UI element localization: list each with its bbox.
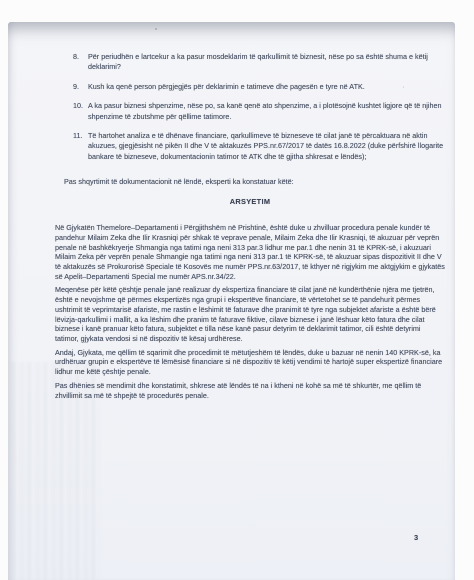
intro-line: Pas shqyrtimit të dokumentacionit në lën… — [64, 177, 445, 187]
list-item-9: 9. Kush ka qenë person përgjegjës për de… — [55, 82, 445, 92]
scanned-page: 8. Për periudhën e lartcekur a ka pasur … — [8, 22, 455, 580]
item-number: 8. — [73, 52, 88, 73]
document-content: 8. Për periudhën e lartcekur a ka pasur … — [55, 52, 445, 400]
list-item-8: 8. Për periudhën e lartcekur a ka pasur … — [55, 52, 445, 73]
list-item-10: 10. A ka pasur biznesi shpenzime, nëse p… — [55, 101, 445, 122]
item-text: Për periudhën e lartcekur a ka pasur mos… — [88, 52, 445, 73]
scanned-document-view: 8. Për periudhën e lartcekur a ka pasur … — [0, 0, 474, 580]
scan-speck-artifact — [155, 28, 157, 30]
paragraph: Andaj, Gjykata, me qëllim të sqarimit dh… — [55, 348, 445, 377]
item-text: Kush ka qenë person përgjegjës për dekla… — [88, 82, 445, 92]
paragraph: Meqenëse për këtë çështje penale janë re… — [55, 285, 445, 343]
paragraph: Në Gjykatën Themelore–Departamenti i Për… — [55, 223, 445, 281]
item-number: 9. — [73, 82, 88, 92]
item-number: 11. — [73, 131, 88, 162]
paragraph: Pas dhënies së mendimit dhe konstatimit,… — [55, 381, 445, 400]
section-heading: ARSYETIM — [55, 197, 445, 207]
list-item-11: 11. Të hartohet analiza e të dhënave fin… — [55, 131, 445, 162]
numbered-list: 8. Për periudhën e lartcekur a ka pasur … — [55, 52, 445, 162]
item-text: Të hartohet analiza e të dhënave financi… — [88, 131, 445, 162]
page-number: 3 — [414, 533, 418, 542]
item-text: A ka pasur biznesi shpenzime, nëse po, s… — [88, 101, 445, 122]
item-number: 10. — [73, 101, 88, 122]
